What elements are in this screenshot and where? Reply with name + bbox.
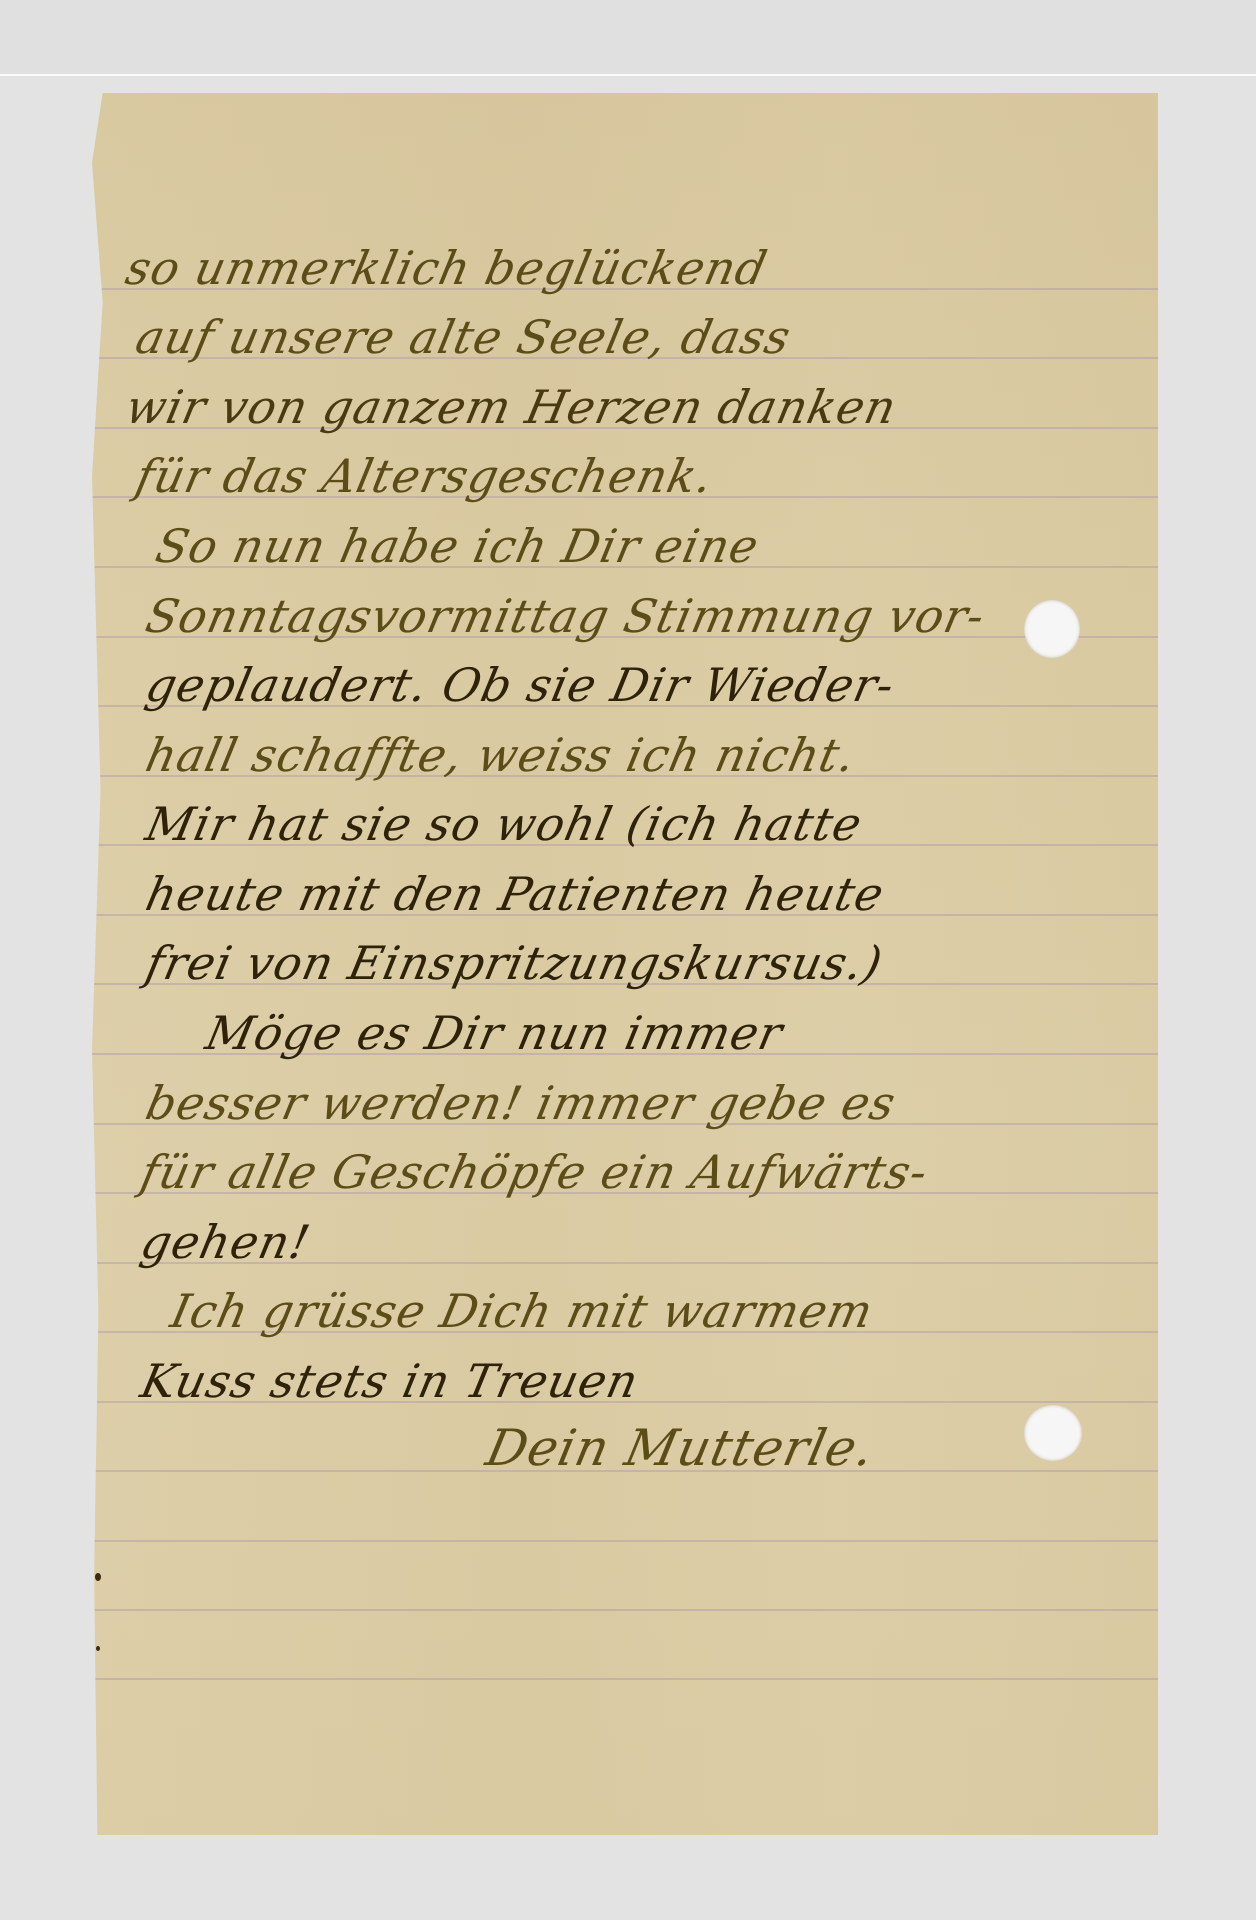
- letter-line-7: geplaudert. Ob sie Dir Wieder-: [142, 662, 899, 708]
- letter-line-5: So nun habe ich Dir eine: [152, 523, 763, 569]
- letter-line-2: auf unsere alte Seele, dass: [132, 314, 795, 360]
- letter-line-17: Kuss stets in Treuen: [137, 1358, 643, 1404]
- ruled-line: [92, 1609, 1158, 1611]
- letter-line-3: wir von ganzem Herzen danken: [122, 384, 901, 430]
- letter-line-14: für alle Geschöpfe ein Aufwärts-: [137, 1149, 932, 1195]
- letter-line-13: besser werden! immer gebe es: [142, 1080, 900, 1126]
- letter-line-4: für das Altersgeschenk.: [132, 453, 717, 499]
- ink-spot: [96, 1646, 100, 1651]
- viewer-top-band: [0, 0, 1256, 74]
- letter-line-9: Mir hat sie so wohl (ich hatte: [142, 801, 866, 847]
- letter-line-11: frei von Einspritzungskursus.): [142, 940, 887, 986]
- letter-line-1: so unmerklich beglückend: [122, 245, 771, 291]
- letter-line-16: Ich grüsse Dich mit warmem: [167, 1288, 877, 1334]
- letter-signature: Dein Mutterle.: [482, 1423, 879, 1473]
- letter-line-6: Sonntagsvormittag Stimmung vor-: [142, 593, 989, 639]
- letter-line-10: heute mit den Patienten heute: [142, 871, 888, 917]
- letter-line-12: Möge es Dir nun immer: [202, 1010, 787, 1056]
- ruled-line: [92, 1540, 1158, 1542]
- ruled-line: [92, 1678, 1158, 1680]
- letter-line-15: gehen!: [137, 1219, 314, 1265]
- letter-line-8: hall schaffte, weiss ich nicht.: [142, 732, 860, 778]
- letter-page: so unmerklich beglückend auf unsere alte…: [92, 93, 1158, 1835]
- punch-hole-top: [1024, 600, 1080, 658]
- ink-spot: [95, 1573, 101, 1581]
- punch-hole-bottom: [1024, 1405, 1082, 1461]
